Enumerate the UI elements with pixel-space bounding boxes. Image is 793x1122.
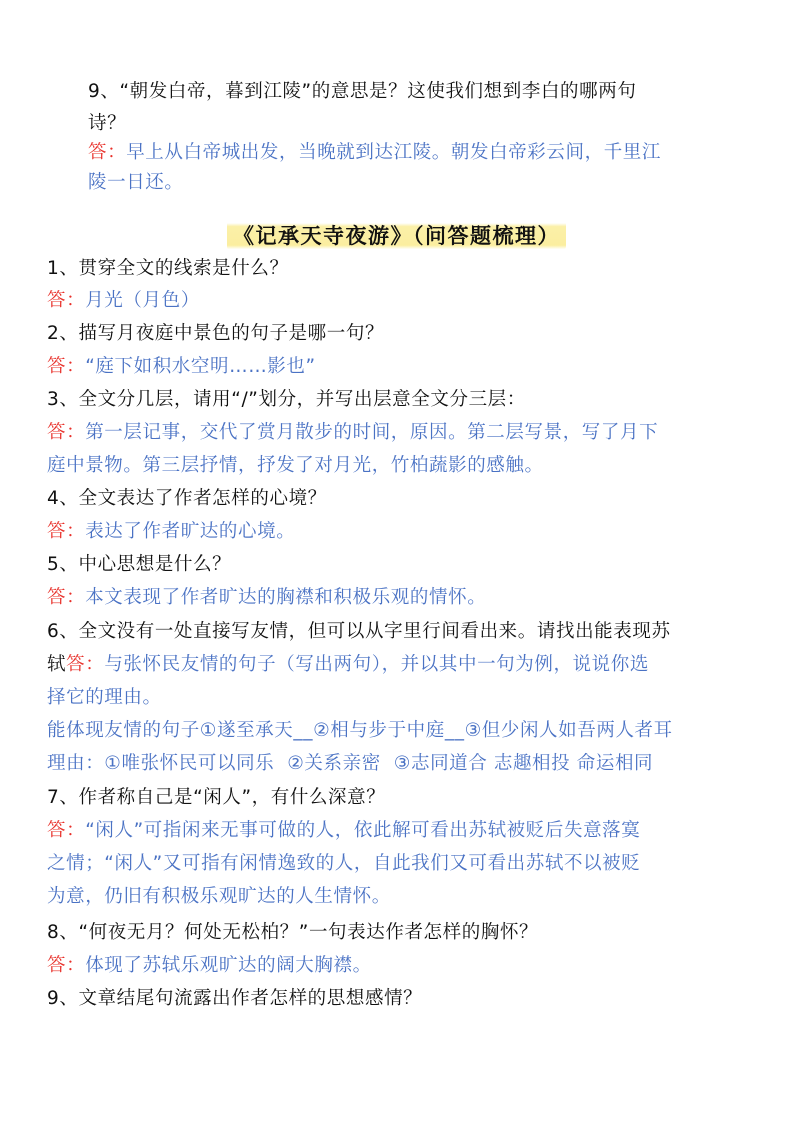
answer-9-prev-line2: 陵一日还。 [88, 171, 184, 195]
answer-label: 答： [47, 955, 85, 976]
answer-9-prev-line1: 答：早上从白帝城出发，当晚就到达江陵。朝发白帝彩云间，千里江 [88, 141, 661, 165]
question-5: 5、中心思想是什么？ [47, 553, 231, 577]
answer-6-extra-2: 理由：①唯张怀民可以同乐 ②关系亲密 ③志同道合 志趣相投 命运相同 [47, 752, 653, 776]
question-3: 3、全文分几层，请用“/”划分，并写出层意全文分三层： [47, 388, 526, 412]
answer-text: 第一层记事，交代了赏月散步的时间，原因。第二层写景，写了月下 [85, 422, 658, 443]
question-4: 4、全文表达了作者怎样的心境？ [47, 487, 327, 511]
question-6-line2: 轼答：与张怀民友情的句子（写出两句），并以其中一句为例，说说你选 [47, 653, 649, 677]
answer-8: 答：体现了苏轼乐观旷达的阔大胸襟。 [47, 954, 372, 978]
answer-text: 体现了苏轼乐观旷达的阔大胸襟。 [85, 955, 372, 976]
answer-label: 答： [47, 422, 85, 443]
question-9-prev-line2: 诗？ [88, 112, 126, 136]
section-title-wrap: 《记承天寺夜游》（问答题梳理） [0, 218, 793, 252]
question-1: 1、贯穿全文的线索是什么？ [47, 257, 289, 281]
answer-label: 答： [66, 654, 104, 675]
answer-7-line3: 为意，仍旧有积极乐观旷达的人生情怀。 [47, 885, 391, 909]
answer-2: 答：“庭下如积水空明……影也” [47, 355, 316, 379]
answer-5: 答：本文表现了作者旷达的胸襟和积极乐观的情怀。 [47, 586, 486, 610]
answer-label: 答： [47, 521, 85, 542]
answer-text: 早上从白帝城出发，当晚就到达江陵。朝发白帝彩云间，千里江 [126, 142, 661, 163]
question-9-prev-line1: 9、“朝发白帝，暮到江陵”的意思是？这使我们想到李白的哪两句 [88, 80, 636, 104]
section-title: 《记承天寺夜游》（问答题梳理） [227, 218, 566, 252]
answer-text: 月光（月色） [85, 290, 200, 311]
answer-label: 答： [88, 142, 126, 163]
answer-text: “庭下如积水空明……影也” [85, 356, 315, 377]
answer-3-line1: 答：第一层记事，交代了赏月散步的时间，原因。第二层写景，写了月下 [47, 421, 658, 445]
answer-6-line2: 择它的理由。 [47, 686, 162, 710]
answer-7-line1: 答：“闲人”可指闲来无事可做的人，依此解可看出苏轼被贬后失意落寞 [47, 819, 640, 843]
answer-text: “闲人”可指闲来无事可做的人，依此解可看出苏轼被贬后失意落寞 [85, 820, 640, 841]
answer-text: 本文表现了作者旷达的胸襟和积极乐观的情怀。 [85, 587, 486, 608]
answer-text: 表达了作者旷达的心境。 [85, 521, 295, 542]
question-6-line1: 6、全文没有一处直接写友情，但可以从字里行间看出来。请找出能表现苏 [47, 620, 671, 644]
answer-label: 答： [47, 356, 85, 377]
answer-4: 答：表达了作者旷达的心境。 [47, 520, 295, 544]
answer-label: 答： [47, 820, 85, 841]
question-2: 2、描写月夜庭中景色的句子是哪一句？ [47, 322, 384, 346]
answer-label: 答： [47, 587, 85, 608]
question-7: 7、作者称自己是“闲人”，有什么深意？ [47, 786, 385, 810]
answer-label: 答： [47, 290, 85, 311]
question-8: 8、“何夜无月？何处无松柏？”一句表达作者怎样的胸怀？ [47, 921, 538, 945]
answer-3-line2: 庭中景物。第三层抒情，抒发了对月光，竹柏蔬影的感触。 [47, 454, 544, 478]
document-page: 9、“朝发白帝，暮到江陵”的意思是？这使我们想到李白的哪两句 诗？ 答：早上从白… [0, 0, 793, 1122]
answer-text: 与张怀民友情的句子（写出两句），并以其中一句为例，说说你选 [104, 654, 649, 675]
answer-6-extra-1: 能体现友情的句子①遂至承天__②相与步于中庭__③但少闲人如吾两人者耳 [47, 719, 673, 743]
answer-1: 答：月光（月色） [47, 289, 200, 313]
question-text: 轼 [47, 654, 66, 675]
answer-7-line2: 之情；“闲人”又可指有闲情逸致的人，自此我们又可看出苏轼不以被贬 [47, 852, 640, 876]
question-9: 9、文章结尾句流露出作者怎样的思想感情？ [47, 987, 422, 1011]
